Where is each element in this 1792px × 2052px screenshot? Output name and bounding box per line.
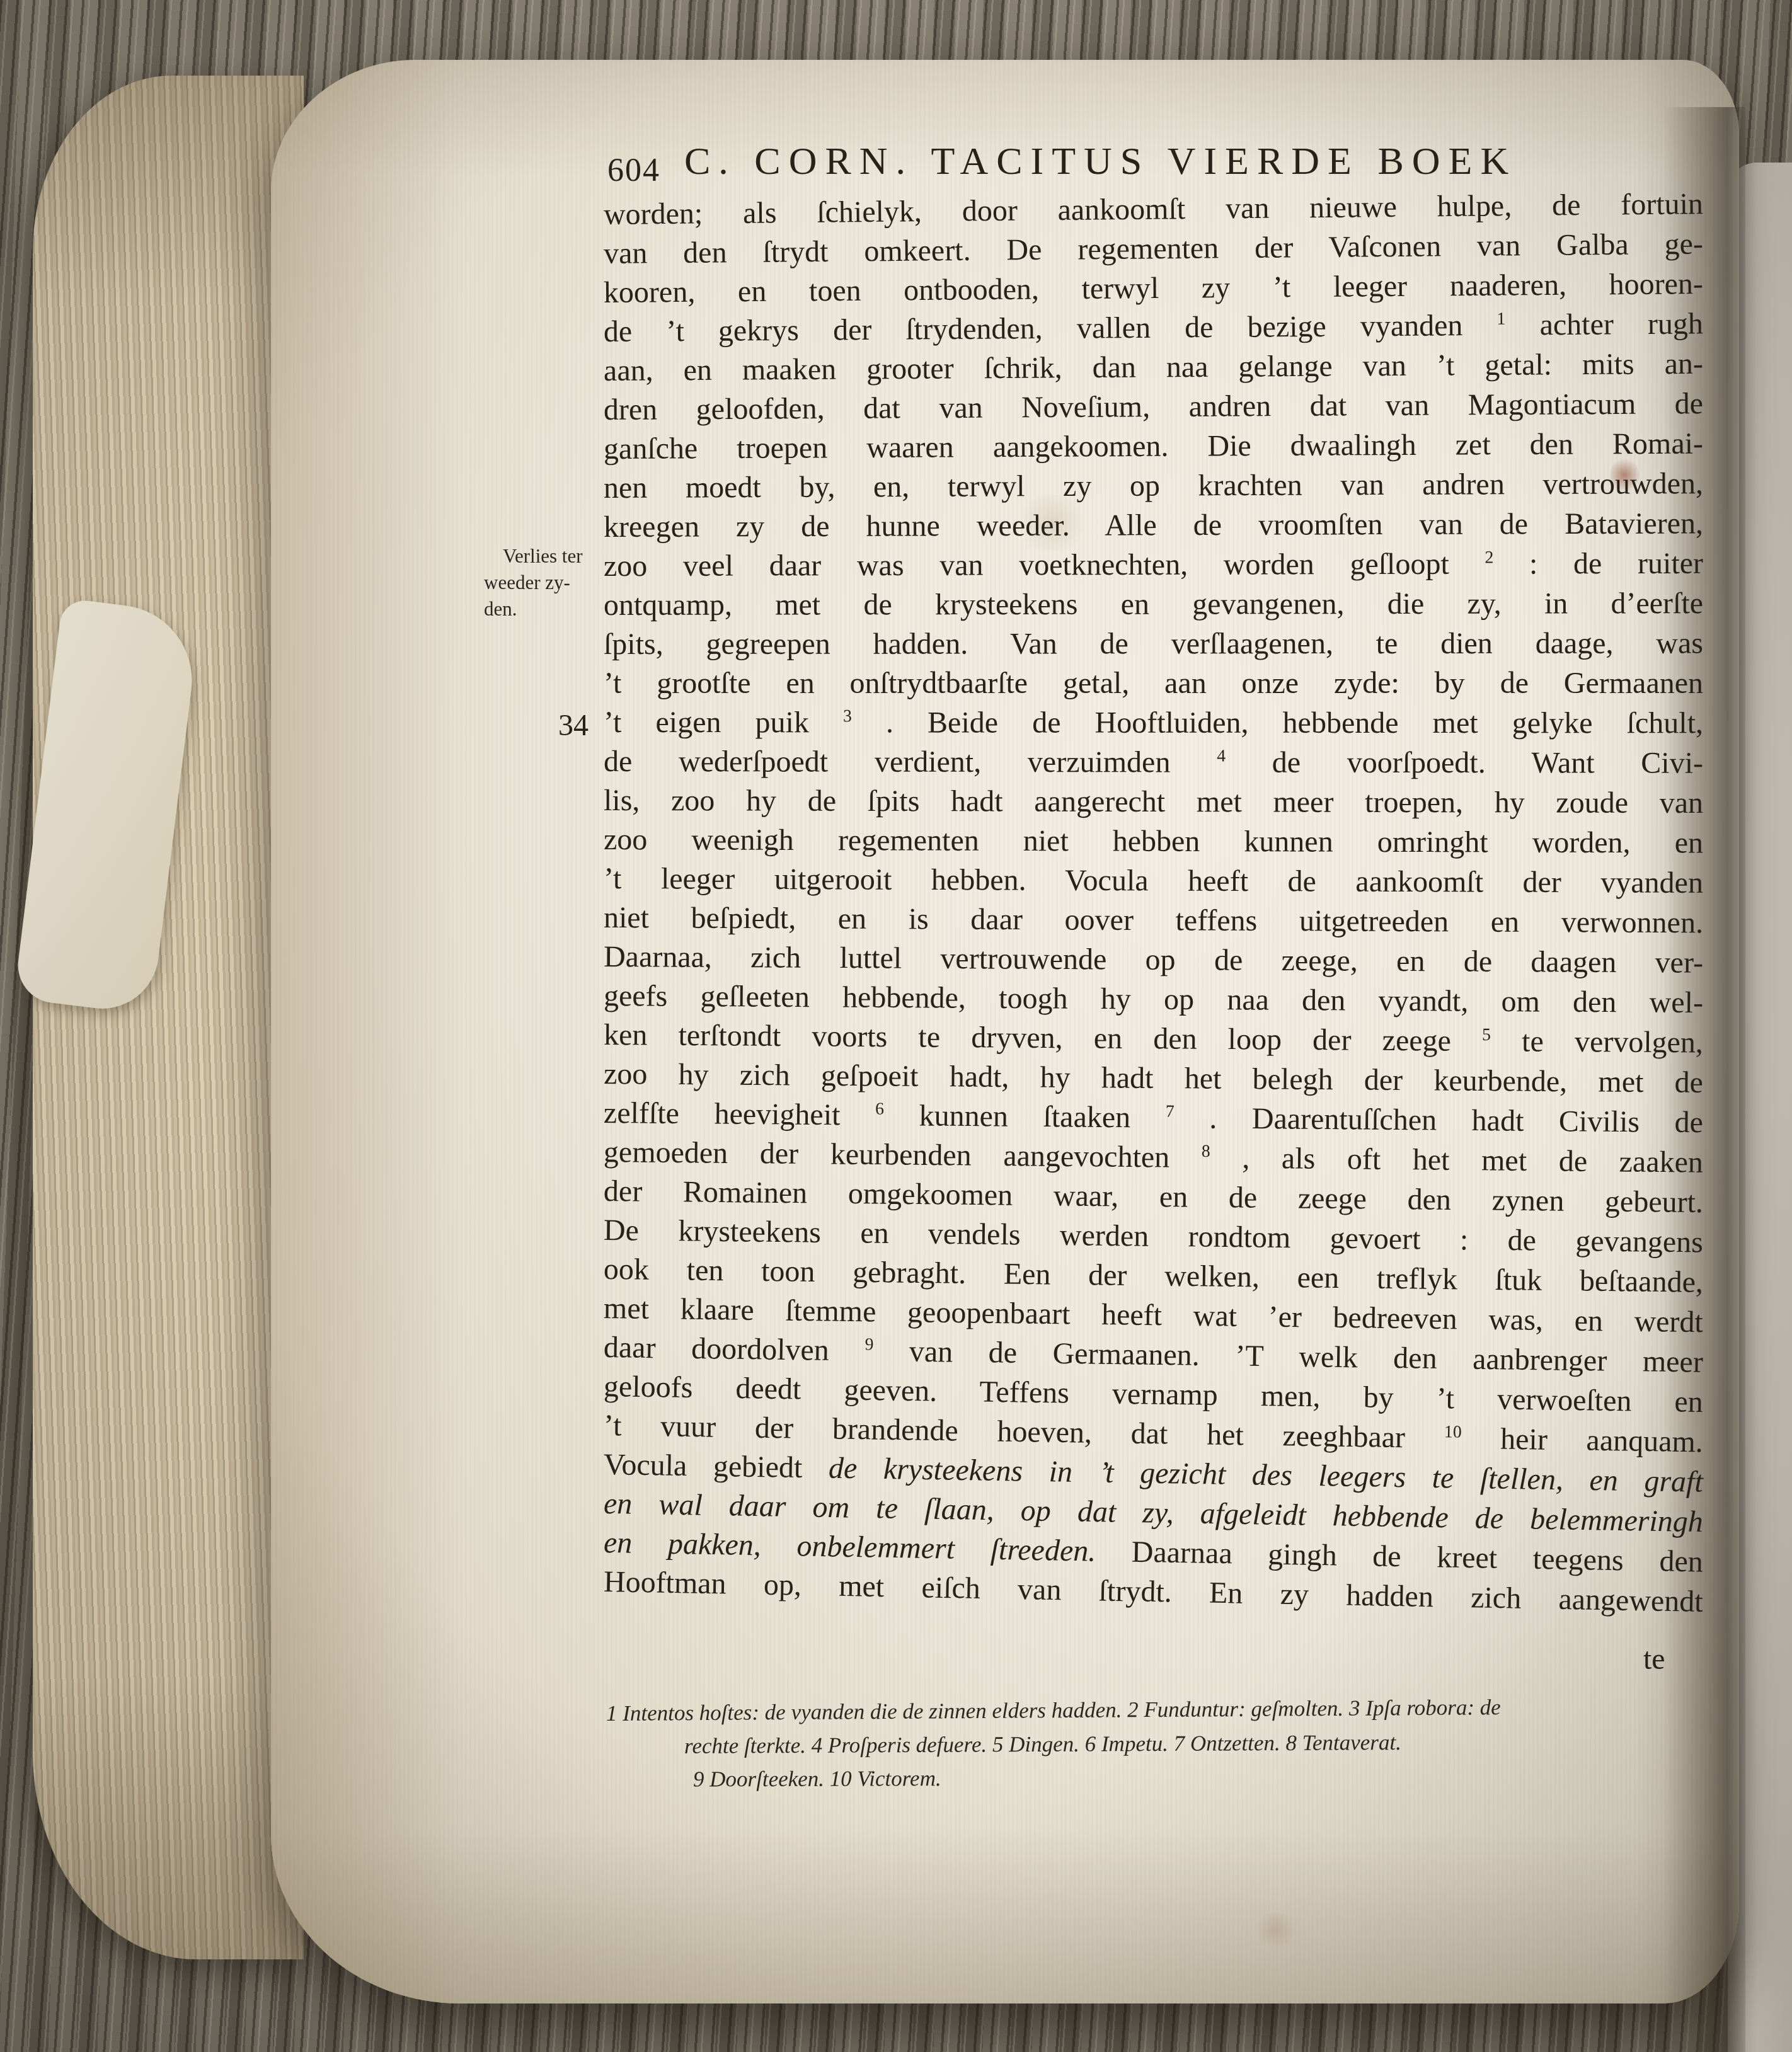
bodyline-11: ontquamp, met de krysteekens en gevangen… (604, 584, 1703, 625)
bodyline-21: geefs geſleeten hebbende, toogh hy op na… (604, 977, 1703, 1023)
bodyline-9: kreegen zy de hunne weeder. Alle de vroo… (604, 504, 1703, 547)
body-text: worden; als ſchielyk, door aankoomſt van… (604, 195, 1703, 1602)
bodyline-6: dren geloofden, dat van Noveſium, andren… (604, 384, 1703, 430)
page-text: 604 C. CORN. TACITUS VIERDE BOEK worden;… (604, 142, 1703, 1602)
bodyline-4: de ’t gekrys der ſtrydenden, vallen de b… (604, 304, 1703, 352)
section-number: 34 (558, 708, 589, 743)
mnline-1: Verlies ter (503, 543, 610, 570)
fnline-2: rechte ſterkte. 4 Proſperis defuere. 5 D… (604, 1724, 1703, 1763)
bodyline-16: lis, zoo hy de ſpits hadt aangerecht met… (604, 781, 1703, 823)
bodyline-12: ſpits, gegreepen hadden. Van de verſlaag… (604, 624, 1703, 664)
fnline-3: 9 Doorſteeken. 10 Victorem. (604, 1759, 1703, 1797)
bodyline-7: ganſche troepen waaren aangekoomen. Die … (604, 425, 1703, 469)
bodyline-20: Daarnaa, zich luttel vertrouwende op de … (604, 937, 1703, 983)
bodyline-19: niet beſpiedt, en is daar oover teffens … (604, 898, 1703, 943)
bodyline-5: aan, en maaken grooter ſchrik, dan naa g… (604, 345, 1703, 391)
mnline-3: den. (484, 596, 610, 622)
page-number: 604 (607, 152, 660, 189)
bodyline-10: zoo veel daar was van voetknechten, word… (604, 544, 1703, 586)
paper-stain (1254, 1912, 1298, 1947)
running-title: C. CORN. TACITUS VIERDE BOEK (684, 139, 1517, 184)
bodyline-17: zoo weenigh regementen niet hebben kunne… (604, 820, 1703, 863)
bodyline-18: ’t leeger uitgerooit hebben. Vocula heef… (604, 859, 1703, 903)
margin-note: Verlies terweeder zy-den. (484, 543, 610, 622)
bodyline-8: nen moedt by, en, terwyl zy op krachten … (604, 464, 1703, 508)
bodyline-13: ’t grootſte en onſtrydtbaarſte getal, aa… (604, 664, 1703, 703)
catchword: te (1643, 1642, 1665, 1677)
footnotes: 1 Intentos hoſtes: de vyanden die de zin… (604, 1693, 1703, 1795)
bodyline-15: de wederſpoedt verdient, verzuimden 4 de… (604, 742, 1703, 783)
book-page-edges-left (33, 76, 304, 1959)
mnline-2: weeder zy- (484, 570, 610, 596)
bodyline-14: ’t eigen puik 3 . Beide de Hooftluiden, … (604, 703, 1703, 743)
